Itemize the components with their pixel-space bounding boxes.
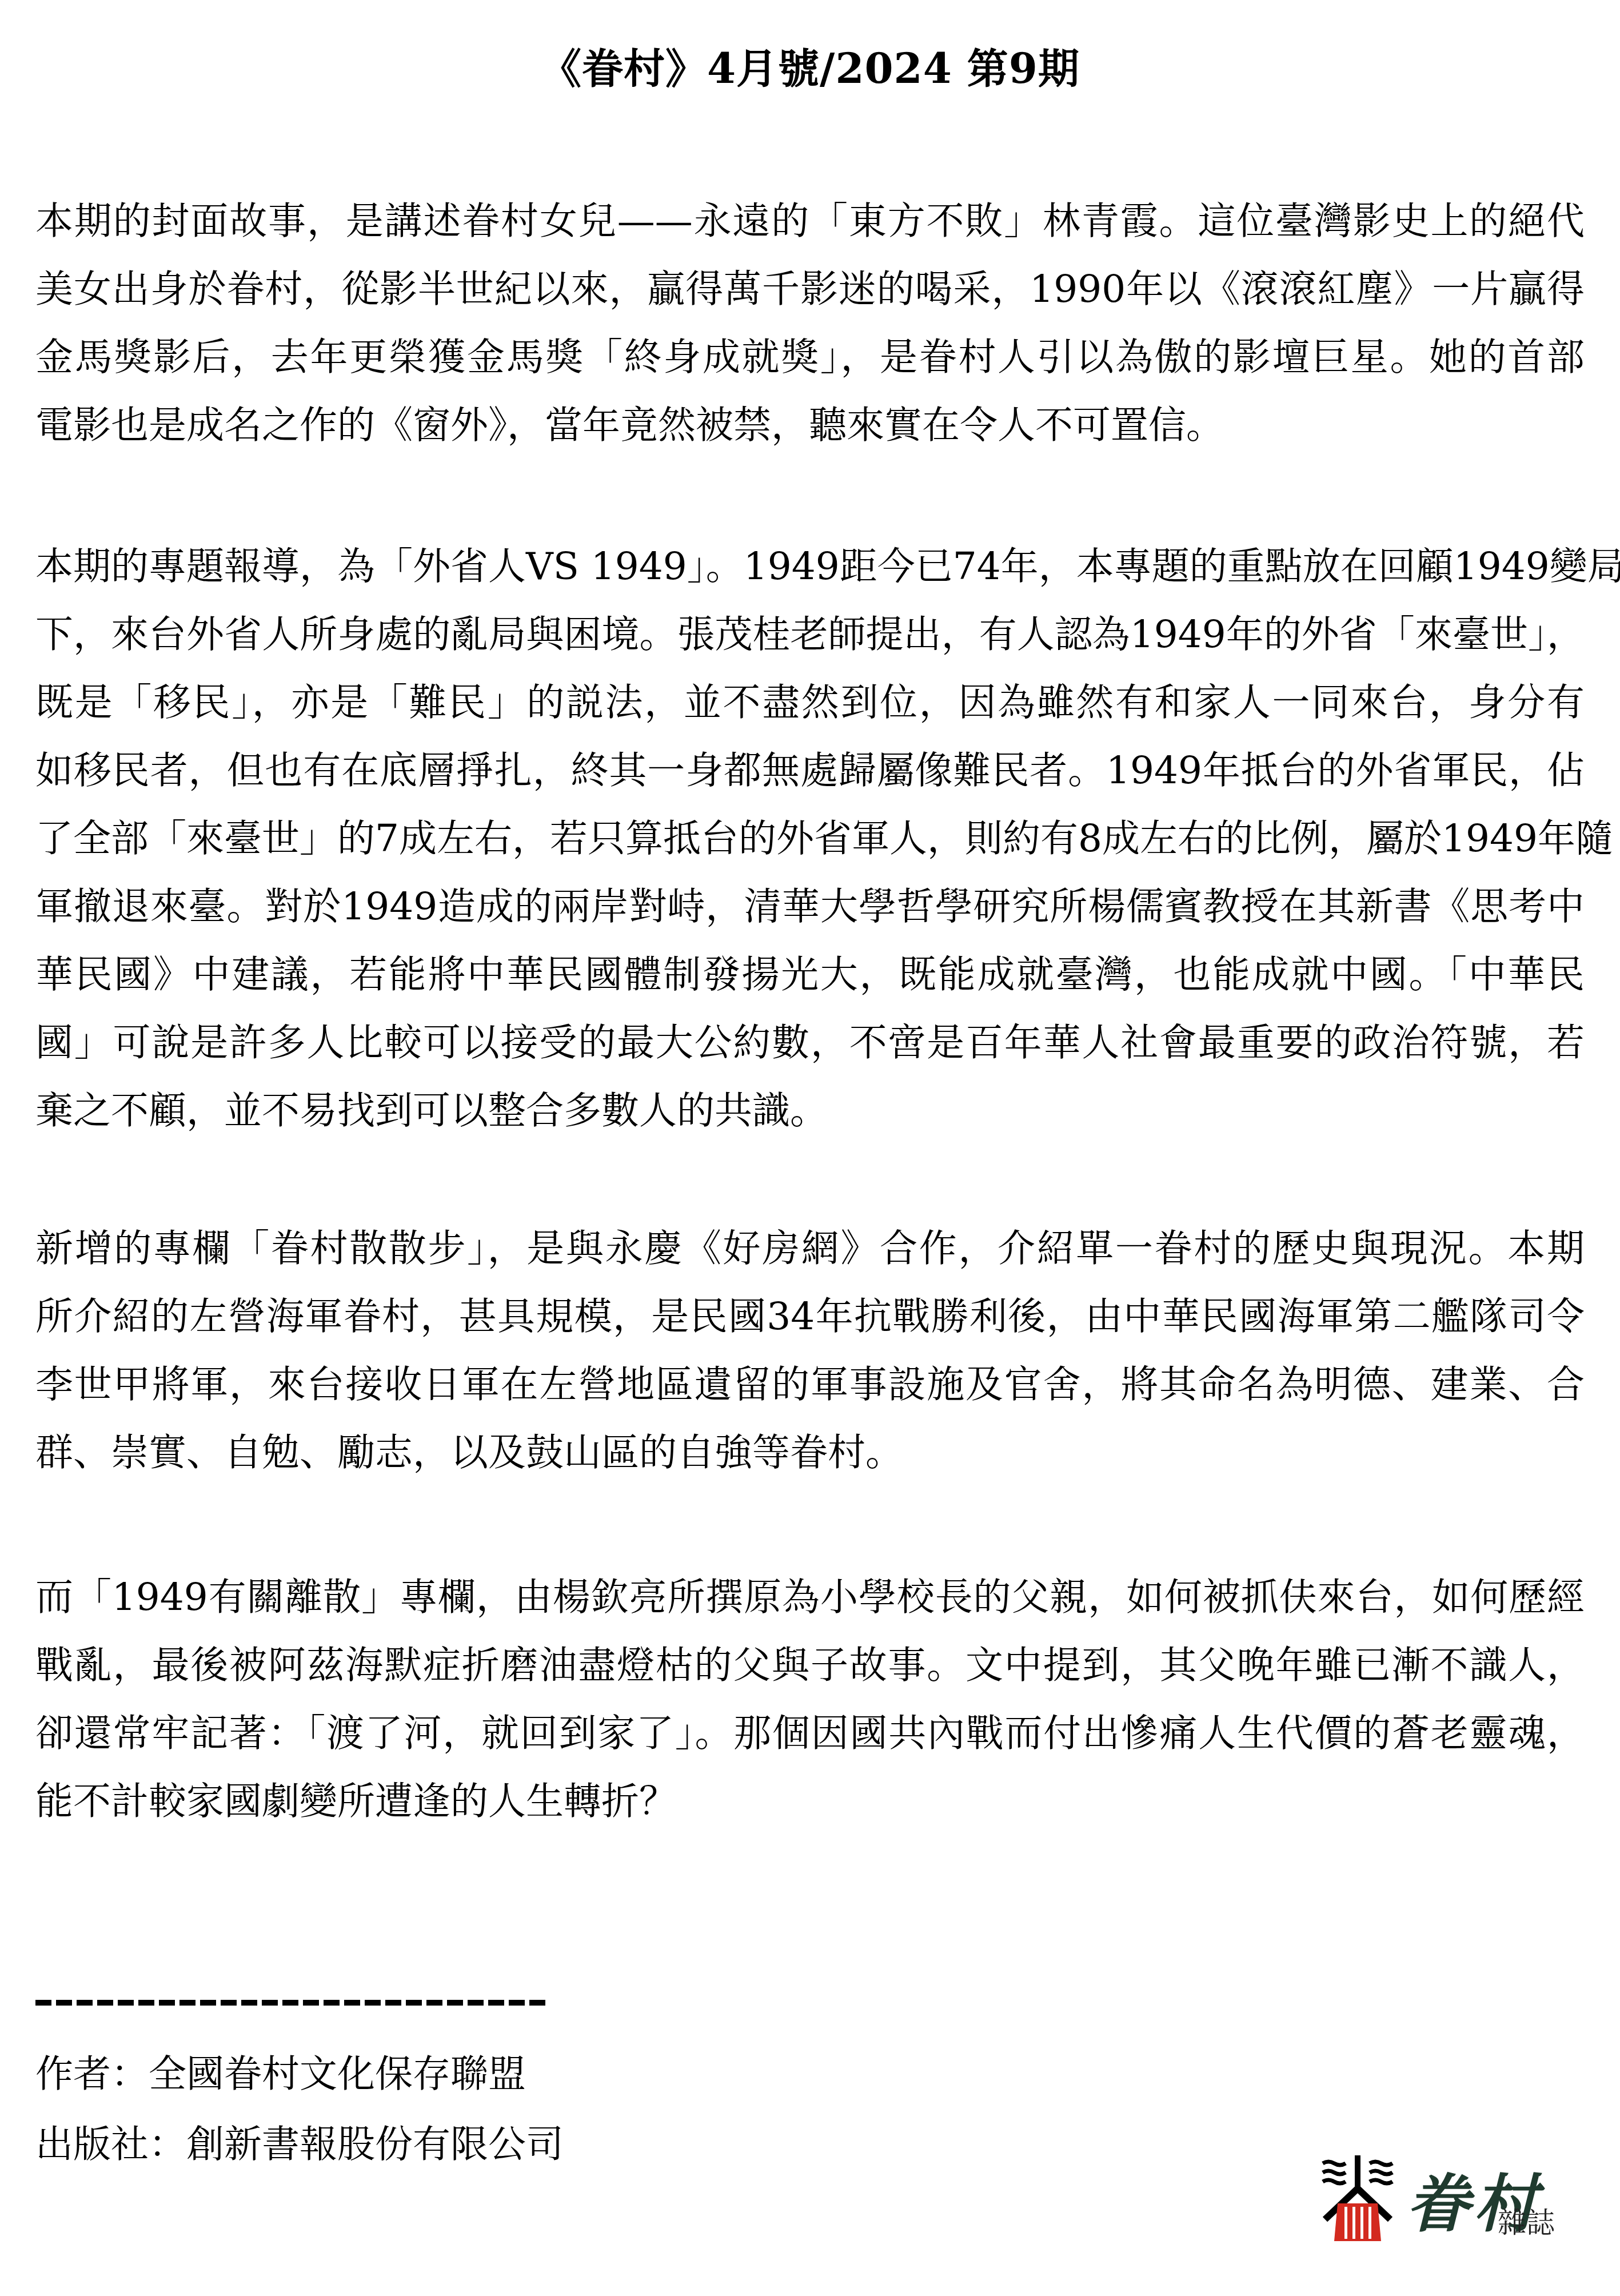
text-line: 能不計較家國劇變所遭逢的人生轉折？ (35, 1767, 1585, 1835)
juancun-roof-icon (1320, 2155, 1395, 2241)
author-name: 全國眷村文化保存聯盟 (149, 2052, 526, 2096)
publisher-name: 創新書報股份有限公司 (186, 2122, 564, 2166)
text-line: 棄之不顧，並不易找到可以整合多數人的共識。 (35, 1077, 1585, 1145)
text-line: 新增的專欄「眷村散散步」，是與永慶《好房網》合作，介紹單一眷村的歷史與現況。本期 (35, 1214, 1585, 1282)
text-line: 國」可說是許多人比較可以接受的最大公約數，不啻是百年華人社會最重要的政治符號，若 (35, 1009, 1585, 1077)
text-line: 美女出身於眷村，從影半世紀以來，贏得萬千影迷的喝采，1990年以《滾滾紅塵》一片… (35, 255, 1585, 323)
author-line: 作者：全國眷村文化保存聯盟 (35, 2040, 526, 2108)
author-label: 作者： (35, 2052, 149, 2096)
text-line: 既是「移民」，亦是「難民」的説法，並不盡然到位，因為雖然有和家人一同來台，身分有 (35, 668, 1585, 736)
dashed-divider (35, 2000, 550, 2006)
document-title: 《眷村》4月號/2024 第9期 (0, 40, 1620, 97)
text-line: 李世甲將軍，來台接收日軍在左營地區遺留的軍事設施及官舍，將其命名為明德、建業、合 (35, 1350, 1585, 1418)
text-line: 華民國》中建議，若能將中華民國體制發揚光大，既能成就臺灣，也能成就中國。「中華民 (35, 940, 1585, 1009)
paragraph-diaspora-column: 而「1949有關離散」專欄，由楊欽亮所撰原為小學校長的父親，如何被抓伕來台，如何… (35, 1563, 1585, 1835)
text-line: 而「1949有關離散」專欄，由楊欽亮所撰原為小學校長的父親，如何被抓伕來台，如何… (35, 1563, 1585, 1631)
text-line: 卻還常牢記著：「渡了河，就回到家了」。那個因國共內戰而付出慘痛人生代價的蒼老靈魂… (35, 1699, 1585, 1767)
text-line: 本期的專題報導，為「外省人VS 1949」。1949距今已74年，本專題的重點放… (35, 532, 1585, 600)
publisher-line: 出版社：創新書報股份有限公司 (35, 2110, 564, 2178)
text-line: 軍撤退來臺。對於1949造成的兩岸對峙，清華大學哲學研究所楊儒賓教授在其新書《思… (35, 872, 1585, 940)
text-line: 群、崇實、自勉、勵志，以及鼓山區的自強等眷村。 (35, 1418, 1585, 1486)
paragraph-new-column: 新增的專欄「眷村散散步」，是與永慶《好房網》合作，介紹單一眷村的歷史與現況。本期… (35, 1214, 1585, 1486)
text-line: 電影也是成名之作的《窗外》，當年竟然被禁，聽來實在令人不可置信。 (35, 391, 1585, 459)
text-line: 金馬獎影后，去年更榮獲金馬獎「終身成就獎」，是眷村人引以為傲的影壇巨星。她的首部 (35, 323, 1585, 391)
text-line: 戰亂，最後被阿茲海默症折磨油盡燈枯的父與子故事。文中提到，其父晚年雖已漸不識人， (35, 1631, 1585, 1699)
text-line: 下，來台外省人所身處的亂局與困境。張茂桂老師提出，有人認為1949年的外省「來臺… (35, 600, 1585, 668)
text-line: 了全部「來臺世」的7成左右，若只算抵台的外省軍人，則約有8成左右的比例，屬於19… (35, 804, 1585, 872)
paragraph-feature-report: 本期的專題報導，為「外省人VS 1949」。1949距今已74年，本專題的重點放… (35, 532, 1585, 1145)
text-line: 本期的封面故事，是講述眷村女兒——永遠的「東方不敗」林青霞。這位臺灣影史上的絕代 (35, 187, 1585, 255)
publisher-label: 出版社： (35, 2122, 186, 2166)
paragraph-cover-story: 本期的封面故事，是講述眷村女兒——永遠的「東方不敗」林青霞。這位臺灣影史上的絕代… (35, 187, 1585, 459)
text-line: 所介紹的左營海軍眷村，甚具規模，是民國34年抗戰勝利後，由中華民國海軍第二艦隊司… (35, 1282, 1585, 1350)
text-line: 如移民者，但也有在底層掙扎，終其一身都無處歸屬像難民者。1949年抵台的外省軍民… (35, 736, 1585, 804)
magazine-logo: 眷村 雜誌 (1320, 2155, 1572, 2247)
logo-subtitle: 雜誌 (1498, 2206, 1555, 2240)
